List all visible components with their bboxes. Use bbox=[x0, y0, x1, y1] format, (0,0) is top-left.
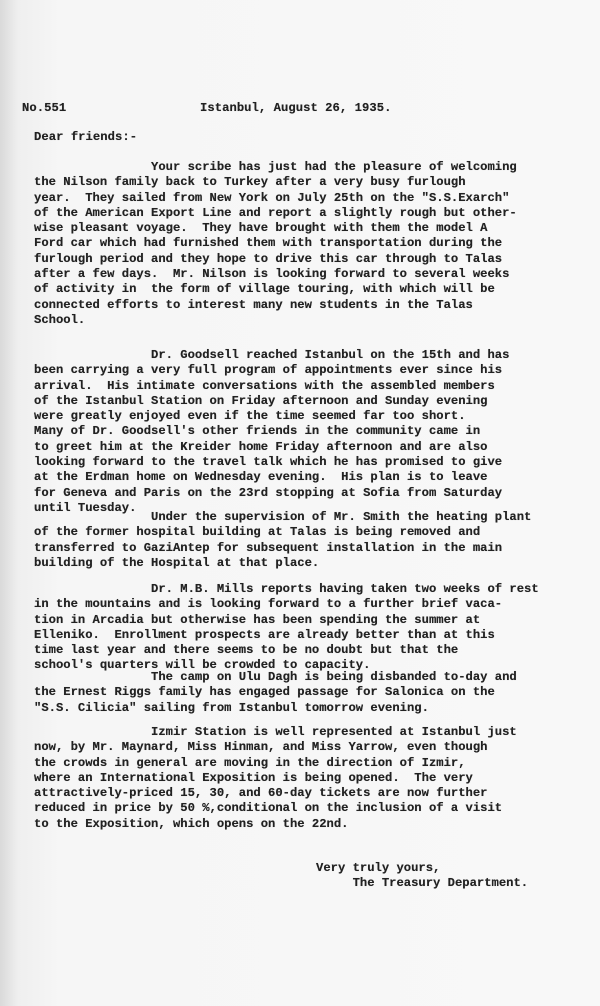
text-line: "S.S. Cilicia" sailing from Istanbul tom… bbox=[34, 701, 564, 716]
text-line: attractively-priced 15, 30, and 60-day t… bbox=[34, 786, 564, 801]
text-line: School. bbox=[34, 313, 564, 328]
text-line: The camp on Ulu Dagh is being disbanded … bbox=[34, 670, 564, 685]
text-line: the Ernest Riggs family has engaged pass… bbox=[34, 685, 564, 700]
text-line: time last year and there seems to be no … bbox=[34, 643, 564, 658]
paragraph-ulu-dagh-camp: The camp on Ulu Dagh is being disbanded … bbox=[34, 670, 564, 716]
letter-page: No.551 Istanbul, August 26, 1935. Dear f… bbox=[0, 0, 600, 1006]
text-line: Your scribe has just had the pleasure of… bbox=[34, 160, 564, 175]
text-line: building of the Hospital at that place. bbox=[34, 556, 564, 571]
text-line: been carrying a very full program of app… bbox=[34, 363, 564, 378]
text-line: Elleniko. Enrollment prospects are alrea… bbox=[34, 628, 564, 643]
text-line: transferred to GaziAntep for subsequent … bbox=[34, 541, 564, 556]
text-line: tion in Arcadia but otherwise has been s… bbox=[34, 613, 564, 628]
paragraph-mills-report: Dr. M.B. Mills reports having taken two … bbox=[34, 582, 564, 674]
paragraph-izmir-station: Izmir Station is well represented at Ist… bbox=[34, 725, 564, 832]
text-line: arrival. His intimate conversations with… bbox=[34, 379, 564, 394]
text-line: for Geneva and Paris on the 23rd stoppin… bbox=[34, 486, 564, 501]
text-line: connected efforts to interest many new s… bbox=[34, 298, 564, 313]
text-line: of activity in the form of village touri… bbox=[34, 282, 564, 297]
text-line: at the Erdman home on Wednesday evening.… bbox=[34, 470, 564, 485]
salutation: Dear friends:- bbox=[34, 130, 137, 145]
text-line: were greatly enjoyed even if the time se… bbox=[34, 409, 564, 424]
text-line: Ford car which had furnished them with t… bbox=[34, 236, 564, 251]
paragraph-nilson-return: Your scribe has just had the pleasure of… bbox=[34, 160, 564, 328]
text-line: of the Istanbul Station on Friday aftern… bbox=[34, 394, 564, 409]
text-line: Dr. M.B. Mills reports having taken two … bbox=[34, 582, 564, 597]
text-line: Many of Dr. Goodsell's other friends in … bbox=[34, 424, 564, 439]
text-line: reduced in price by 50 %,conditional on … bbox=[34, 801, 564, 816]
text-line: year. They sailed from New York on July … bbox=[34, 191, 564, 206]
text-line: to the Exposition, which opens on the 22… bbox=[34, 817, 564, 832]
text-line: to greet him at the Kreider home Friday … bbox=[34, 440, 564, 455]
text-line: Under the supervision of Mr. Smith the h… bbox=[34, 510, 564, 525]
letter-number: No.551 bbox=[22, 101, 66, 116]
text-line: looking forward to the travel talk which… bbox=[34, 455, 564, 470]
dateline: Istanbul, August 26, 1935. bbox=[200, 101, 391, 116]
text-line: after a few days. Mr. Nilson is looking … bbox=[34, 267, 564, 282]
text-line: of the former hospital building at Talas… bbox=[34, 525, 564, 540]
text-line: where an International Exposition is bei… bbox=[34, 771, 564, 786]
text-line: Izmir Station is well represented at Ist… bbox=[34, 725, 564, 740]
valediction: Very truly yours, bbox=[316, 861, 528, 876]
paragraph-heating-plant: Under the supervision of Mr. Smith the h… bbox=[34, 510, 564, 571]
paragraph-goodsell-visit: Dr. Goodsell reached Istanbul on the 15t… bbox=[34, 348, 564, 516]
text-line: furlough period and they hope to drive t… bbox=[34, 252, 564, 267]
text-line: the Nilson family back to Turkey after a… bbox=[34, 175, 564, 190]
text-line: now, by Mr. Maynard, Miss Hinman, and Mi… bbox=[34, 740, 564, 755]
closing-signature: Very truly yours, The Treasury Departmen… bbox=[316, 861, 528, 891]
text-line: wise pleasant voyage. They have brought … bbox=[34, 221, 564, 236]
text-line: of the American Export Line and report a… bbox=[34, 206, 564, 221]
text-line: the crowds in general are moving in the … bbox=[34, 756, 564, 771]
signature: The Treasury Department. bbox=[316, 876, 528, 891]
text-line: in the mountains and is looking forward … bbox=[34, 597, 564, 612]
text-line: Dr. Goodsell reached Istanbul on the 15t… bbox=[34, 348, 564, 363]
